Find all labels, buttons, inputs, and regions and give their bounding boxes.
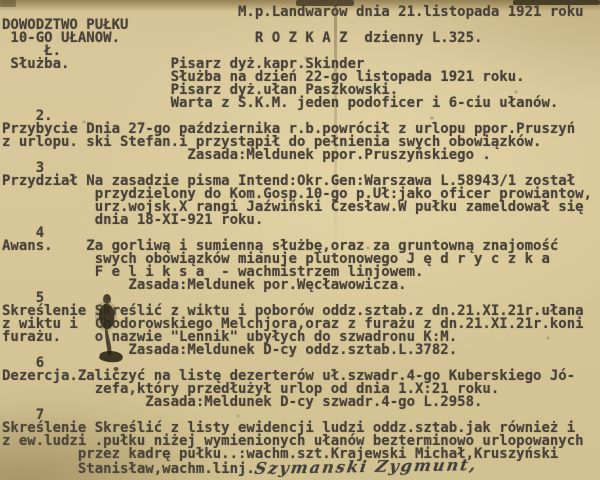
document-line-sec2-basis: Zasada:Meldunek ppor.Pruszyńskiego . [2, 149, 600, 162]
document-line-unit-name-2-title: 10-GO UŁANOW. R O Z K A Z dzienny L.325. [2, 32, 600, 45]
document-line-sec5-basis: Zasada:Meldunek D-cy oddz.sztab.L.3782. [2, 344, 600, 357]
document-line-sec4-basis: Zasada:Meldunek por.Węcławowicza. [2, 279, 600, 292]
document-page: M.p.Landwarów dnia 21.listopada 1921 rok… [0, 0, 600, 480]
handwritten-signature: Szymanski Zygmunt, [254, 458, 479, 475]
document-line-sec7-line4: Stanisław,wachm.linj.Szymanski Zygmunt, [2, 461, 600, 474]
document-line-sec6-basis: Zasada:Meldunek D-cy szwadr.4-go L.2958. [2, 396, 600, 409]
document-line-sec3-line4: dnia 18-XI-921 roku. [2, 214, 600, 227]
document-line-sec1-guard: Warta z S.K.M. jeden podoficer i 6-ciu u… [2, 97, 600, 110]
typewritten-text-block: M.p.Landwarów dnia 21.listopada 1921 rok… [2, 6, 600, 474]
